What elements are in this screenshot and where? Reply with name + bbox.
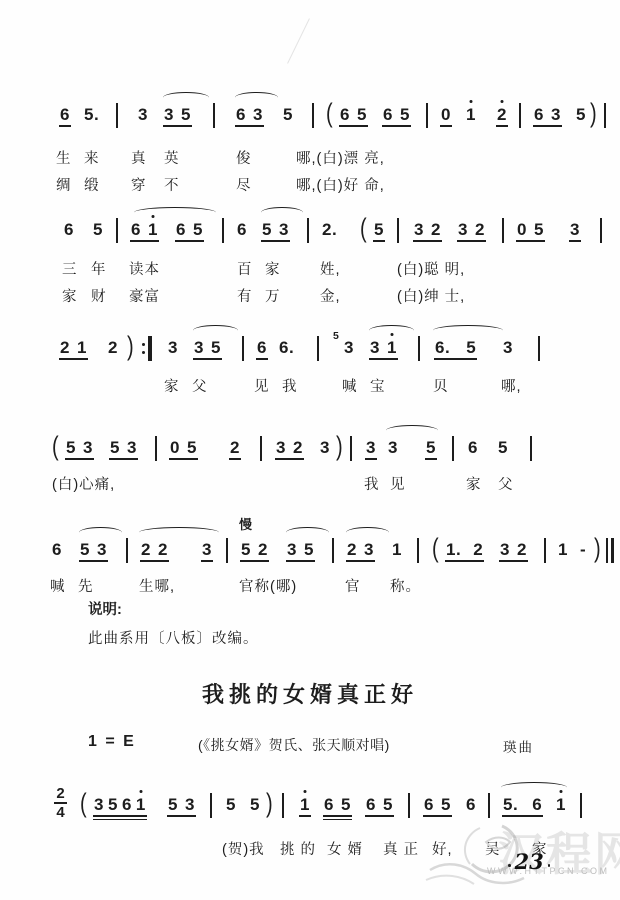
note-group: 5 [283, 105, 293, 125]
duration-underline [323, 815, 352, 817]
note: 3 [279, 220, 289, 240]
duration-underline [499, 560, 528, 562]
final-barline [606, 538, 614, 563]
note-group: 3 [366, 438, 376, 458]
parenthesis: ( [432, 536, 439, 563]
lyric-text: 挑 的 [280, 838, 316, 859]
note: 5. [503, 795, 518, 815]
parenthesis: ) [590, 101, 597, 128]
note-group: 2 [108, 338, 118, 358]
duration-underline [169, 458, 198, 460]
note-group: 53 [80, 540, 107, 560]
note-group: 6 [468, 438, 478, 458]
note-group: 52 [241, 540, 268, 560]
duration-underline [175, 240, 204, 242]
note: 1 [392, 540, 402, 560]
note-group: 1 [300, 795, 310, 815]
note: 5 [93, 220, 103, 240]
duration-underline [323, 819, 352, 821]
lyric-text: 官 [345, 575, 361, 596]
note-group: 65 [324, 795, 351, 815]
note: 0 [441, 105, 451, 125]
lyric-text: 女 婿 [327, 838, 363, 859]
key-signature: 1 = E [88, 733, 136, 751]
note: 0 [170, 438, 180, 458]
barline [126, 538, 128, 563]
duration-underline [93, 815, 147, 817]
lyric-text: 家 [466, 473, 482, 494]
barline [418, 336, 420, 361]
note: 5 [250, 795, 260, 815]
note-group: 1 [558, 540, 568, 560]
note-group: 1 [392, 540, 402, 560]
scan-scratch-artifact [287, 18, 310, 63]
note-group: 63 [534, 105, 561, 125]
note: 3 [276, 438, 286, 458]
note-group: 05 [170, 438, 197, 458]
note-group: 3 [138, 105, 148, 125]
lyric-text: 财 [91, 285, 107, 306]
note-group: 6 [64, 220, 74, 240]
time-signature-bottom: 4 [56, 805, 64, 820]
lyric-text: 父 [498, 473, 514, 494]
note: 3 [164, 105, 174, 125]
lyric-text: 我 [364, 473, 380, 494]
repeat-dots [142, 336, 145, 361]
note: 2 [141, 540, 151, 560]
thick-barline [611, 538, 615, 563]
barline [222, 218, 224, 243]
note: 6 [122, 795, 132, 815]
duration-underline [434, 358, 477, 360]
parenthesis: ) [127, 334, 134, 361]
parenthesis: ( [326, 101, 333, 128]
lyric-text: 绸 [56, 174, 72, 195]
note-group: 3 [344, 338, 354, 358]
note: 1 [558, 540, 568, 560]
duration-underline [201, 560, 213, 562]
lyric-text: 来 [84, 147, 100, 168]
note-group: 05 [517, 220, 544, 240]
note: 6 [60, 105, 70, 125]
barline [210, 793, 212, 818]
note: 2 [158, 540, 168, 560]
note-group: 53 [66, 438, 93, 458]
lyric-text: 穿 [131, 174, 147, 195]
duration-underline [93, 819, 147, 821]
note-group: 1 [466, 105, 476, 125]
lyric-text: 家 [62, 285, 78, 306]
note: 5 [226, 795, 236, 815]
duration-underline [167, 815, 196, 817]
duration-underline [240, 560, 269, 562]
lyric-text: 家 [265, 258, 281, 279]
duration-underline [235, 125, 264, 127]
barline [307, 218, 309, 243]
note-group: 3 [388, 438, 398, 458]
lyric-text: (白)心痛, [52, 473, 115, 494]
duration-underline [256, 358, 268, 360]
barline [538, 336, 540, 361]
lyric-text: 读本 [129, 258, 160, 279]
note: 5 [304, 540, 314, 560]
barline [242, 336, 244, 361]
note: 3 [127, 438, 137, 458]
note-group: 32 [276, 438, 303, 458]
note-group: 53 [110, 438, 137, 458]
lyric-text: 喊 [342, 375, 358, 396]
lyric-text: 尽 [236, 174, 252, 195]
note: 5 [426, 438, 436, 458]
note: 1 [148, 220, 158, 240]
lyric-text: 年 [91, 258, 107, 279]
page-number-value: 23 [515, 849, 544, 874]
duration-underline [193, 358, 222, 360]
slur-arc [369, 325, 414, 336]
note-group: 53 [262, 220, 289, 240]
octave-dot [303, 790, 306, 793]
barline [317, 336, 319, 361]
slur-arc [134, 207, 216, 218]
note: 6 [366, 795, 376, 815]
barline [488, 793, 490, 818]
note: 6. [435, 338, 450, 358]
note: 5 [498, 438, 508, 458]
note-group: 6 [60, 105, 70, 125]
lyric-text: 英 [164, 147, 180, 168]
barline [452, 436, 454, 461]
lyric-text: 先 [78, 575, 94, 596]
note-group: 6 [237, 220, 247, 240]
duration-underline [413, 240, 442, 242]
song-title: 我挑的女婿真正好 [0, 678, 620, 709]
note: 5 [211, 338, 221, 358]
note: 5 [383, 795, 393, 815]
note: 5 [357, 105, 367, 125]
note: 6 [52, 540, 62, 560]
lyric-text: 吴 [485, 838, 501, 859]
barline [282, 793, 284, 818]
note: 1 [77, 338, 87, 358]
note-group: 2 [230, 438, 240, 458]
note-group: 65 [176, 220, 203, 240]
duration-underline [502, 815, 543, 817]
note-group: 35 [164, 105, 191, 125]
lyric-text: 豪富 [129, 285, 160, 306]
note-group: 5 [498, 438, 508, 458]
duration-underline [275, 458, 304, 460]
note: 2 [431, 220, 441, 240]
note-group: 5 [250, 795, 260, 815]
note-group: 32 [500, 540, 527, 560]
barline [502, 218, 504, 243]
barline [155, 436, 157, 461]
duration-underline [346, 560, 375, 562]
note: 5 [168, 795, 178, 815]
note: 5 [80, 540, 90, 560]
barline [226, 538, 228, 563]
note: 0 [517, 220, 527, 240]
barline [580, 793, 582, 818]
note: 5 [66, 438, 76, 458]
lyric-text: 宝 [370, 375, 386, 396]
barline [426, 103, 428, 128]
barline [544, 538, 546, 563]
note: 6 [64, 220, 74, 240]
note: 1 [387, 338, 397, 358]
note: 5 [466, 338, 476, 358]
note-group: 65 [383, 105, 410, 125]
lyric-text: 官称(哪) [239, 575, 297, 596]
note: 2 [347, 540, 357, 560]
note: 3 [388, 438, 398, 458]
slur-arc [386, 425, 438, 436]
lyric-text: (白)聪 明, [397, 258, 465, 279]
lyric-text: (白)绅 士, [397, 285, 465, 306]
barline [519, 103, 521, 128]
barline [332, 538, 334, 563]
note: 5 [262, 220, 272, 240]
thin-barline [606, 538, 608, 563]
note: 6 [383, 105, 393, 125]
note: 6 [468, 438, 478, 458]
note: 3 [344, 338, 354, 358]
lyric-text: 不 [164, 174, 180, 195]
note-group: 5 [93, 220, 103, 240]
slur-arc [501, 782, 567, 793]
note: 6 [236, 105, 246, 125]
note: 1 [300, 795, 310, 815]
duration-underline [59, 125, 71, 127]
barline [417, 538, 419, 563]
duration-underline [516, 240, 545, 242]
notes-body: 此曲系用〔八板〕改编。 [88, 627, 259, 648]
note-group: 6 [466, 795, 476, 815]
note: 3 [138, 105, 148, 125]
note-group: 3 [503, 338, 513, 358]
slur-arc [163, 92, 209, 103]
octave-dot [500, 100, 503, 103]
note-group: 65 [340, 105, 367, 125]
lyric-text: 贝 [433, 375, 449, 396]
note: 3 [202, 540, 212, 560]
page-number-dot [508, 864, 511, 867]
note: 3 [194, 338, 204, 358]
lyric-text: (贺)我 [222, 838, 265, 859]
grace-note: 5 [333, 330, 339, 342]
note: 6 [324, 795, 334, 815]
parenthesis: ( [360, 216, 367, 243]
note-group: 5.6 [503, 795, 542, 815]
barline [600, 218, 602, 243]
note-group: 5 [374, 220, 384, 240]
lyric-text: 见 [390, 473, 406, 494]
note-group: 1 [556, 795, 566, 815]
note-group: 21 [60, 338, 87, 358]
barline [312, 103, 314, 128]
barline [116, 218, 118, 243]
note: 3 [458, 220, 468, 240]
note-group: 65 [424, 795, 451, 815]
note: 5 [110, 438, 120, 458]
note: 6 [424, 795, 434, 815]
slur-arc [286, 527, 329, 538]
note: 6 [532, 795, 542, 815]
barline [260, 436, 262, 461]
page-number: 23 [508, 849, 550, 874]
barline [213, 103, 215, 128]
note: 6 [466, 795, 476, 815]
duration-underline [440, 125, 452, 127]
note: 5 [534, 220, 544, 240]
lyric-text: 真 正 [383, 838, 419, 859]
note: 6 [176, 220, 186, 240]
note: 2 [475, 220, 485, 240]
duration-underline [261, 240, 290, 242]
parenthesis: ) [266, 791, 273, 818]
duration-underline [369, 358, 398, 360]
duration-underline [229, 458, 241, 460]
note: 3 [551, 105, 561, 125]
lyric-text: 俊 [236, 147, 252, 168]
duration-underline [286, 560, 315, 562]
note-group: 0 [441, 105, 451, 125]
note: 6 [257, 338, 267, 358]
note-group: 1.2 [446, 540, 483, 560]
note: 3 [370, 338, 380, 358]
duration-underline [299, 815, 311, 817]
note-group: 22 [141, 540, 168, 560]
note-group: 35 [287, 540, 314, 560]
thick-barline [148, 336, 152, 361]
note: 6 [534, 105, 544, 125]
note-group: 3 [168, 338, 178, 358]
note-group: 32 [414, 220, 441, 240]
note-group: 65 [366, 795, 393, 815]
note: 3 [366, 438, 376, 458]
duration-underline [365, 458, 377, 460]
barline [397, 218, 399, 243]
notes-heading: 说明: [88, 598, 122, 619]
note: 5 [341, 795, 351, 815]
note-group: 5 [576, 105, 586, 125]
duration-underline [109, 458, 138, 460]
slur-arc [139, 527, 219, 538]
lyric-text: 生 [56, 147, 72, 168]
lyric-text: 称。 [390, 575, 421, 596]
note: 6 [340, 105, 350, 125]
time-signature-top: 2 [56, 786, 64, 801]
duration-underline [382, 125, 411, 127]
parenthesis: ) [336, 434, 343, 461]
slur-arc [346, 527, 389, 538]
lyric-text: 真 [131, 147, 147, 168]
note-group: 3561 [94, 795, 146, 815]
duration-underline [140, 560, 169, 562]
duration-underline [445, 560, 484, 562]
lyric-text: 好, [432, 838, 453, 859]
note: 3 [94, 795, 104, 815]
lyric-text: 喊 [50, 575, 66, 596]
slur-arc [193, 325, 238, 336]
lyric-text: 父 [192, 375, 208, 396]
duration-underline [457, 240, 486, 242]
note-group: 5. [84, 105, 99, 125]
lyric-text: 哪, [501, 375, 522, 396]
note-group: 53 [168, 795, 195, 815]
note-group: 2 [497, 105, 507, 125]
note: 5 [187, 438, 197, 458]
note: 2 [517, 540, 527, 560]
note-group: 6. [279, 338, 294, 358]
lyric-text: 见 [254, 375, 270, 396]
slur-arc [261, 207, 303, 218]
note: 1 [556, 795, 566, 815]
sheet-music-page: 65.335635(6565012635)生来真英俊哪,(白)漂 亮,绸缎穿不尽… [0, 0, 620, 900]
duration-underline [425, 458, 437, 460]
duration-underline [339, 125, 368, 127]
note: 3 [570, 220, 580, 240]
lyric-text: 缎 [84, 174, 100, 195]
note: 2 [108, 338, 118, 358]
note-group: 3 [202, 540, 212, 560]
note: 5 [283, 105, 293, 125]
note: 3 [414, 220, 424, 240]
lyric-text: 我 [282, 375, 298, 396]
duration-underline [569, 240, 581, 242]
note-group: 35 [194, 338, 221, 358]
octave-dot [469, 100, 472, 103]
note: 5 [193, 220, 203, 240]
note: 5. [84, 105, 99, 125]
note: 3 [320, 438, 330, 458]
lyric-text: 三 [62, 258, 78, 279]
duration-underline [163, 125, 192, 127]
note: 2 [230, 438, 240, 458]
note-group: 2. [322, 220, 337, 240]
lyric-text: 哪,(白)漂 亮, [296, 147, 385, 168]
note: 3 [83, 438, 93, 458]
note-group: 63 [236, 105, 263, 125]
lyric-text: 姓, [320, 258, 341, 279]
note-group: 61 [131, 220, 158, 240]
lyric-text: 哪,(白)好 命, [296, 174, 385, 195]
song-subtitle: (《挑女婿》贺氏、张天顺对唱) [198, 735, 390, 755]
repeat-dot [142, 351, 145, 354]
note: 3 [253, 105, 263, 125]
note-group: 31 [370, 338, 397, 358]
note: 6. [279, 338, 294, 358]
note-group: 5 [426, 438, 436, 458]
note: 3 [503, 338, 513, 358]
note: 1 [136, 795, 146, 815]
duration-underline [130, 240, 159, 242]
lyric-text: 有 [237, 285, 253, 306]
barline [116, 103, 118, 128]
note: 5 [400, 105, 410, 125]
note: 3 [364, 540, 374, 560]
composer-credit: 瑛曲 [503, 736, 534, 756]
note: 5 [441, 795, 451, 815]
note: 2 [497, 105, 507, 125]
duration-underline [365, 815, 394, 817]
duration-underline [79, 560, 108, 562]
note: 3 [500, 540, 510, 560]
note: 2 [258, 540, 268, 560]
barline [350, 436, 352, 461]
note: 5 [374, 220, 384, 240]
parenthesis: ( [80, 791, 87, 818]
